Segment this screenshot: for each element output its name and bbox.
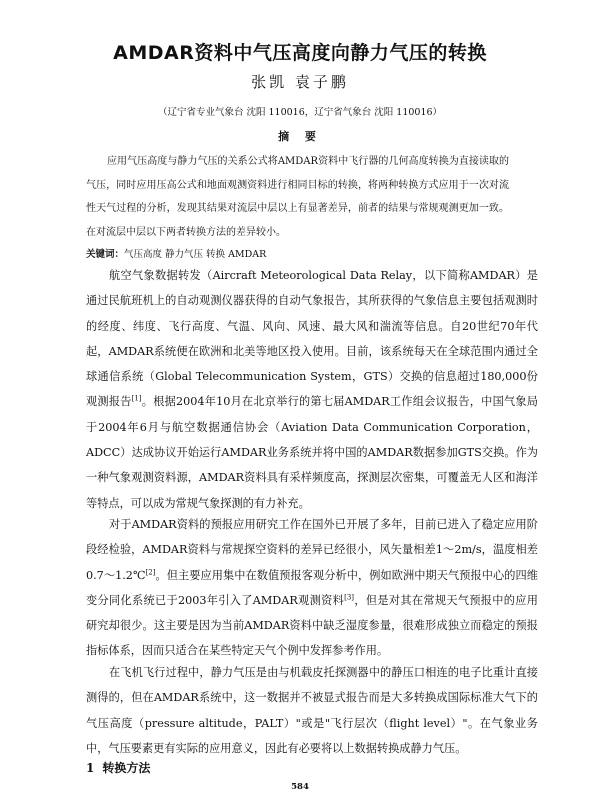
- author-affiliation: （辽宁省专业气象台 沈阳 110016，辽宁省气象台 沈阳 110016）: [0, 104, 600, 118]
- section-number: 1: [86, 761, 94, 775]
- page-number: 584: [0, 782, 600, 792]
- abstract: 应用气压高度与静力气压的关系公式将AMDAR资料中飞行器的几何高度转换为直接读取…: [86, 150, 509, 244]
- keywords-line: 关键词：气压高度 静力气压 转换 AMDAR: [86, 246, 266, 260]
- citation-ref-3[interactable]: [3]: [344, 593, 354, 601]
- paragraph-text-part: 航空气象数据转发（Aircraft Meteorological Data Re…: [86, 269, 538, 408]
- body-paragraph-2: 对于AMDAR资料的预报应用研究工作在国外已开展了多年，目前已进入了稳定应用阶段…: [86, 512, 538, 664]
- citation-ref-2[interactable]: [2]: [146, 568, 156, 576]
- abstract-heading: 摘 要: [0, 128, 600, 144]
- section-heading: 1转换方法: [86, 759, 158, 776]
- paragraph-text: 对于AMDAR资料的预报应用研究工作在国外已开展了多年，目前已进入了稳定应用阶段…: [86, 512, 538, 664]
- keywords-list: 气压高度 静力气压 转换 AMDAR: [124, 249, 266, 260]
- paper-title: AMDAR资料中气压高度向静力气压的转换: [0, 38, 600, 65]
- section-title: 转换方法: [102, 761, 150, 775]
- citation-ref-1[interactable]: [1]: [132, 395, 142, 403]
- paper-authors: 张凯 袁子鹏: [0, 71, 600, 92]
- abstract-text: 应用气压高度与静力气压的关系公式将AMDAR资料中飞行器的几何高度转换为直接读取…: [86, 150, 509, 244]
- keywords-label: 关键词：: [86, 249, 124, 260]
- paragraph-text: 在飞机飞行过程中，静力气压是由与机载皮托探测器中的静压口相连的电子比重计直接测得…: [86, 660, 538, 761]
- document-page: AMDAR资料中气压高度向静力气压的转换 张凯 袁子鹏 （辽宁省专业气象台 沈阳…: [0, 0, 600, 796]
- body-paragraph-3: 在飞机飞行过程中，静力气压是由与机载皮托探测器中的静压口相连的电子比重计直接测得…: [86, 660, 538, 761]
- body-paragraph-1: 航空气象数据转发（Aircraft Meteorological Data Re…: [86, 263, 538, 516]
- paragraph-text: 航空气象数据转发（Aircraft Meteorological Data Re…: [86, 263, 538, 516]
- paragraph-text-part: 。根据2004年10月在北京举行的第七届AMDAR工作组会议报告，中国气象局于2…: [86, 395, 538, 509]
